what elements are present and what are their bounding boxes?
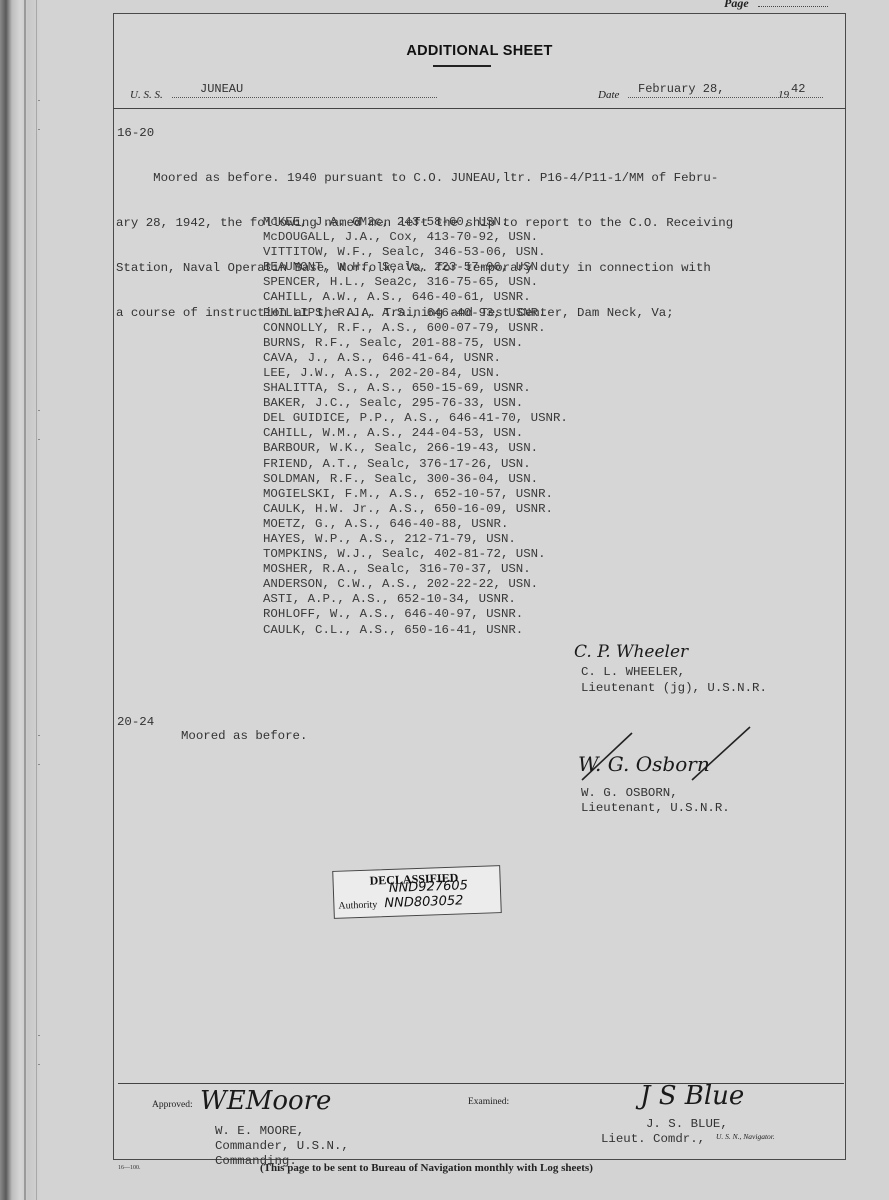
roster-row: MOGIELSKI, F.M., A.S., 652-10-57, USNR. bbox=[263, 487, 568, 502]
examiner-name: J. S. BLUE, bbox=[646, 1117, 728, 1132]
roster-row: BURNS, R.F., Sealc, 201-88-75, USN. bbox=[263, 336, 568, 351]
signer-name: W. G. OSBORN, bbox=[581, 786, 678, 801]
ship-label: U. S. S. bbox=[130, 89, 163, 101]
title-underline bbox=[433, 65, 491, 67]
roster-row: MOSHER, R.A., Sealc, 316-70-37, USN. bbox=[263, 562, 568, 577]
roster-row: HAYES, W.P., A.S., 212-71-79, USN. bbox=[263, 532, 568, 547]
roster-row: SOLDMAN, R.F., Sealc, 300-36-04, USN. bbox=[263, 472, 568, 487]
roster-row: PHILLIPS, R.J., A.S., 646-40-93, USNR. bbox=[263, 306, 568, 321]
date-line bbox=[628, 97, 823, 98]
roster-row: BARBOUR, W.K., Sealc, 266-19-43, USN. bbox=[263, 441, 568, 456]
date-label: Date bbox=[598, 89, 619, 101]
page-label: Page bbox=[724, 0, 749, 11]
watch-time-16-20: 16-20 bbox=[117, 126, 154, 141]
roster-row: BEAUMONT, W.H., Sealc, 223-57-96, USN. bbox=[263, 260, 568, 275]
roster-row: BAKER, J.C., Sealc, 295-76-33, USN. bbox=[263, 396, 568, 411]
entry-line: Moored as before. bbox=[181, 729, 307, 744]
roster-row: ANDERSON, C.W., A.S., 202-22-22, USN. bbox=[263, 577, 568, 592]
personnel-roster: McKEE, J.A. GM2c, 243-58-60, USN. McDOUG… bbox=[263, 215, 568, 638]
binder-rail bbox=[24, 0, 26, 1200]
roster-row: SHALITTA, S., A.S., 650-15-69, USNR. bbox=[263, 381, 568, 396]
signer-rank: Lieutenant (jg), U.S.N.R. bbox=[581, 681, 767, 696]
footer-note: (This page to be sent to Bureau of Navig… bbox=[260, 1162, 593, 1174]
moore-signature: WEMoore bbox=[200, 1086, 331, 1116]
roster-row: CAVA, J., A.S., 646-41-64, USNR. bbox=[263, 351, 568, 366]
year-suffix: 42 bbox=[791, 82, 805, 96]
roster-row: McDOUGALL, J.A., Cox, 413-70-92, USN. bbox=[263, 230, 568, 245]
roster-row: CONNOLLY, R.F., A.S., 600-07-79, USNR. bbox=[263, 321, 568, 336]
roster-row: CAHILL, W.M., A.S., 244-04-53, USN. bbox=[263, 426, 568, 441]
ship-name: JUNEAU bbox=[200, 82, 243, 96]
approved-label: Approved: bbox=[152, 1100, 193, 1110]
ship-name-line bbox=[172, 97, 437, 98]
roster-row: MOETZ, G., A.S., 646-40-88, USNR. bbox=[263, 517, 568, 532]
examiner-suffix: U. S. N., Navigator. bbox=[716, 1132, 775, 1141]
roster-row: LEE, J.W., A.S., 202-20-84, USN. bbox=[263, 366, 568, 381]
page-number-line bbox=[758, 6, 828, 7]
year-prefix: 19 bbox=[778, 89, 789, 101]
stamp-authority-number: NND803052 bbox=[384, 893, 464, 911]
roster-row: FRIEND, A.T., Sealc, 376-17-26, USN. bbox=[263, 457, 568, 472]
approver-name: W. E. MOORE, bbox=[215, 1124, 304, 1139]
roster-row: CAHILL, A.W., A.S., 646-40-61, USNR. bbox=[263, 290, 568, 305]
declassified-stamp: DECLASSIFIED NND927605 Authority NND8030… bbox=[332, 865, 502, 919]
roster-row: ASTI, A.P., A.S., 652-10-34, USNR. bbox=[263, 592, 568, 607]
roster-row: SPENCER, H.L., Sea2c, 316-75-65, USN. bbox=[263, 275, 568, 290]
signer-name: C. L. WHEELER, bbox=[581, 665, 685, 680]
form-number: 16—100. bbox=[118, 1165, 141, 1171]
roster-row: VITTITOW, W.F., Sealc, 346-53-06, USN. bbox=[263, 245, 568, 260]
page-title: ADDITIONAL SHEET bbox=[113, 43, 846, 59]
watch-time-20-24: 20-24 bbox=[117, 715, 154, 730]
header-divider bbox=[113, 108, 846, 109]
examined-label: Examined: bbox=[468, 1097, 509, 1107]
roster-row: ROHLOFF, W., A.S., 646-40-97, USNR. bbox=[263, 607, 568, 622]
blue-signature: J S Blue bbox=[640, 1081, 744, 1111]
stamp-authority-label: Authority bbox=[338, 899, 377, 911]
osborn-signature: W. G. Osborn bbox=[578, 752, 710, 776]
signer-rank: Lieutenant, U.S.N.R. bbox=[581, 801, 730, 816]
roster-row: TOMPKINS, W.J., Sealc, 402-81-72, USN. bbox=[263, 547, 568, 562]
binder-rail bbox=[36, 0, 37, 1200]
entry-line: Moored as before. 1940 pursuant to C.O. … bbox=[116, 171, 733, 186]
roster-row: CAULK, H.W. Jr., A.S., 650-16-09, USNR. bbox=[263, 502, 568, 517]
roster-row: DEL GUIDICE, P.P., A.S., 646-41-70, USNR… bbox=[263, 411, 568, 426]
roster-row: CAULK, C.L., A.S., 650-16-41, USNR. bbox=[263, 623, 568, 638]
wheeler-signature: C. P. Wheeler bbox=[574, 642, 688, 662]
date-value: February 28, bbox=[638, 82, 724, 96]
examiner-rank: Lieut. Comdr., bbox=[601, 1132, 705, 1147]
roster-row: McKEE, J.A. GM2c, 243-58-60, USN. bbox=[263, 215, 568, 230]
approver-rank: Commander, U.S.N., bbox=[215, 1139, 349, 1154]
